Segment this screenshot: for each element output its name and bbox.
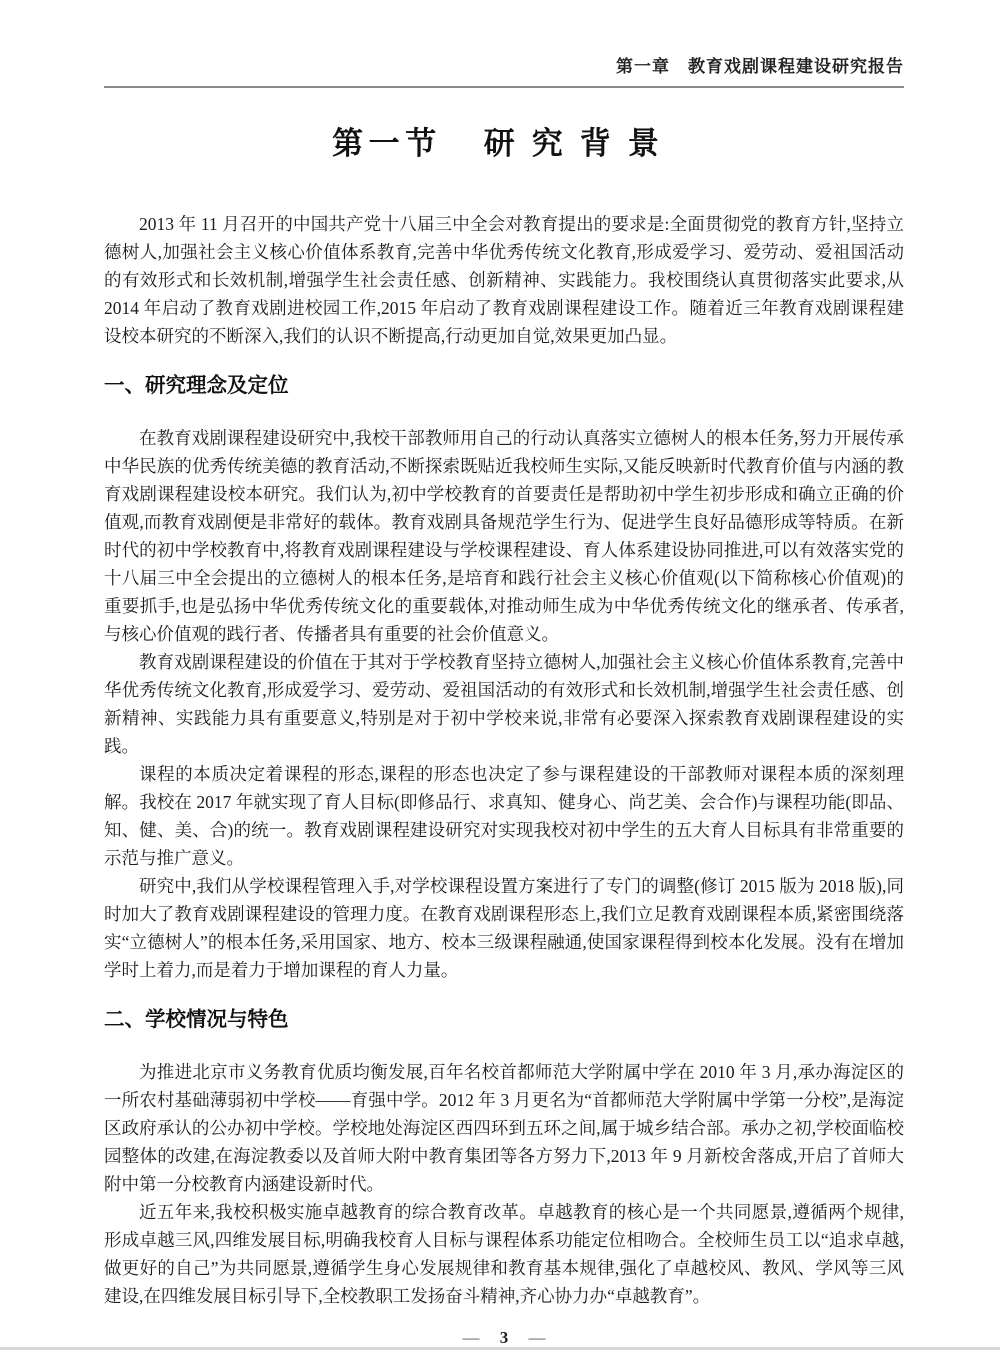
section-name: 研究背景 [484, 126, 676, 161]
paragraph: 为推进北京市义务教育优质均衡发展,百年名校首都师范大学附属中学在 2010 年 … [104, 1058, 904, 1198]
chapter-running-head: 第一章 教育戏剧课程建设研究报告 [616, 57, 904, 76]
footer-dash-left: — [463, 1328, 480, 1347]
paragraph: 教育戏剧课程建设的价值在于其对于学校教育坚持立德树人,加强社会主义核心价值体系教… [104, 648, 904, 760]
section-title: 第一节 研究背景 [104, 124, 904, 164]
section-heading-2: 二、学校情况与特色 [104, 1008, 904, 1032]
document-page: 第一章 教育戏剧课程建设研究报告 第一节 研究背景 2013 年 11 月召开的… [0, 0, 1000, 1347]
section-heading-1: 一、研究理念及定位 [104, 374, 904, 398]
page-number: 3 [500, 1326, 509, 1350]
intro-paragraph: 2013 年 11 月召开的中国共产党十八届三中全会对教育提出的要求是:全面贯彻… [104, 210, 904, 350]
page-footer: — 3 — [104, 1326, 904, 1350]
paragraph: 研究中,我们从学校课程管理入手,对学校课程设置方案进行了专门的调整(修订 201… [104, 872, 904, 984]
paragraph: 近五年来,我校积极实施卓越教育的综合教育改革。卓越教育的核心是一个共同愿景,遵循… [104, 1198, 904, 1310]
paragraph: 课程的本质决定着课程的形态,课程的形态也决定了参与课程建设的干部教师对课程本质的… [104, 760, 904, 872]
paragraph: 在教育戏剧课程建设研究中,我校干部教师用自己的行动认真落实立德树人的根本任务,努… [104, 424, 904, 648]
footer-dash-right: — [529, 1328, 546, 1347]
header-rule [104, 86, 904, 88]
page-header: 第一章 教育戏剧课程建设研究报告 [104, 56, 904, 78]
section-number: 第一节 [332, 126, 442, 161]
